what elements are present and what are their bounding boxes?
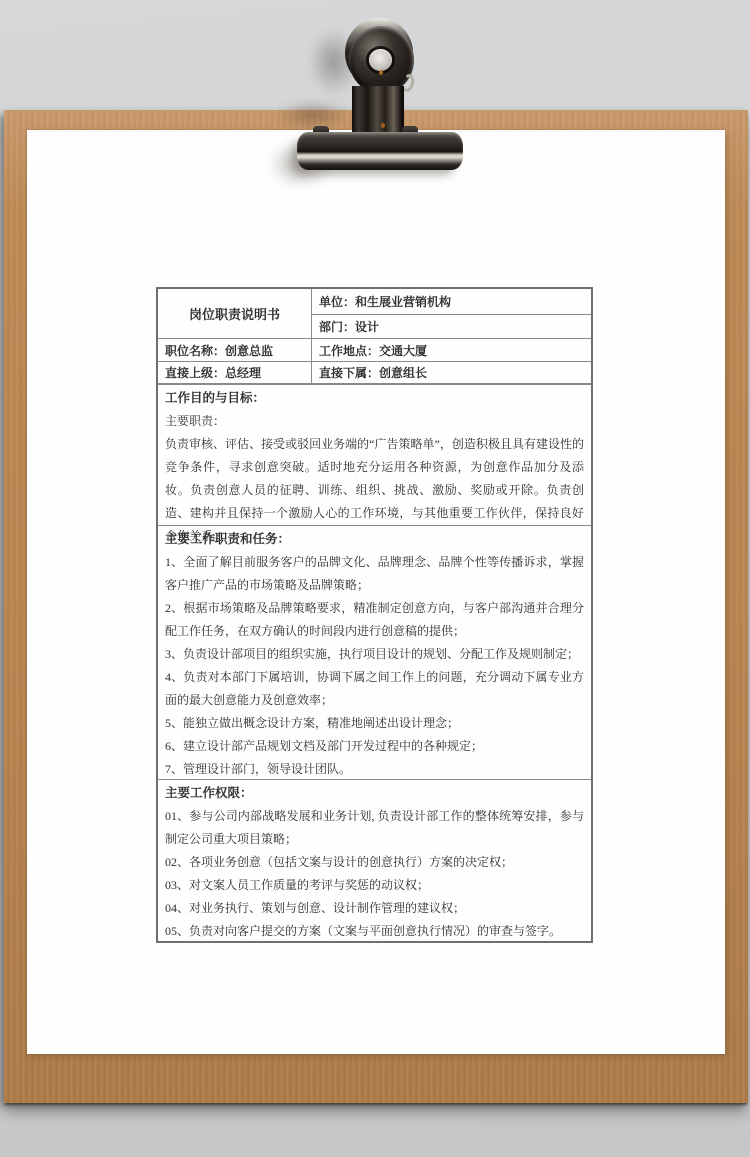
scene-wall: 岗位职责说明书 单位：和生展业营销机构 部门：设计 职位名称：创意总监 工作地点… — [0, 0, 750, 1157]
field-position: 职位名称：创意总监 — [158, 339, 312, 362]
list-item: 6、建立设计部产品规划文档及部门开发过程中的各种规定； — [165, 735, 584, 758]
job-description-table: 岗位职责说明书 单位：和生展业营销机构 部门：设计 职位名称：创意总监 工作地点… — [156, 287, 593, 943]
list-item: 1、全面了解目前服务客户的品牌文化、品牌理念、品牌个性等传播诉求，掌握客户推广产… — [165, 551, 584, 597]
list-item: 04、对业务执行、策划与创意、设计制作管理的建议权； — [165, 897, 584, 920]
paragraph: 主要职责： — [165, 410, 584, 433]
field-department: 部门：设计 — [312, 315, 591, 339]
table-header: 岗位职责说明书 单位：和生展业营销机构 部门：设计 职位名称：创意总监 工作地点… — [158, 289, 591, 384]
list-item: 03、对文案人员工作质量的考评与奖惩的动议权； — [165, 874, 584, 897]
section-duties: 主要工作职责和任务： 1、全面了解目前服务客户的品牌文化、品牌理念、品牌个性等传… — [158, 525, 591, 779]
list-item: 7、管理设计部门，领导设计团队。 — [165, 758, 584, 781]
list-item: 05、负责对向客户提交的方案（文案与平面创意执行情况）的审查与签字。 — [165, 920, 584, 943]
metal-glint — [381, 123, 385, 128]
binder-clip-jaw — [297, 132, 463, 170]
paper-sheet: 岗位职责说明书 单位：和生展业营销机构 部门：设计 职位名称：创意总监 工作地点… — [27, 130, 725, 1054]
list-item: 01、参与公司内部战略发展和业务计划, 负责设计部工作的整体统筹安排，参与制定公… — [165, 805, 584, 851]
clip-hole-icon — [369, 49, 392, 71]
field-location: 工作地点：交通大厦 — [312, 339, 591, 362]
list-item: 3、负责设计部项目的组织实施，执行项目设计的规划、分配工作及规则制定； — [165, 643, 584, 666]
section-authority: 主要工作权限： 01、参与公司内部战略发展和业务计划, 负责设计部工作的整体统筹… — [158, 779, 591, 943]
list-item: 5、能独立做出概念设计方案，精准地阐述出设计理念； — [165, 712, 584, 735]
section-title: 工作目的与目标： — [165, 387, 584, 410]
doc-title: 岗位职责说明书 — [158, 289, 312, 339]
field-supervisor: 直接上级：总经理 — [158, 362, 312, 384]
list-item: 4、负责对本部门下属培训，协调下属之间工作上的问题，充分调动下属专业方面的最大创… — [165, 666, 584, 712]
binder-clip-stem — [352, 86, 404, 136]
section-title: 主要工作职责和任务： — [165, 528, 584, 551]
section-purpose: 工作目的与目标： 主要职责： 负责审核、评估、接受或驳回业务端的“广告策略单”，… — [158, 384, 591, 525]
list-item: 2、根据市场策略及品牌策略要求，精准制定创意方向，与客户部沟通并合理分配工作任务… — [165, 597, 584, 643]
field-subordinate: 直接下属：创意组长 — [312, 362, 591, 384]
section-title: 主要工作权限： — [165, 782, 584, 805]
metal-glint — [379, 70, 383, 75]
field-unit: 单位：和生展业营销机构 — [312, 289, 591, 315]
list-item: 02、各项业务创意（包括文案与设计的创意执行）方案的决定权； — [165, 851, 584, 874]
